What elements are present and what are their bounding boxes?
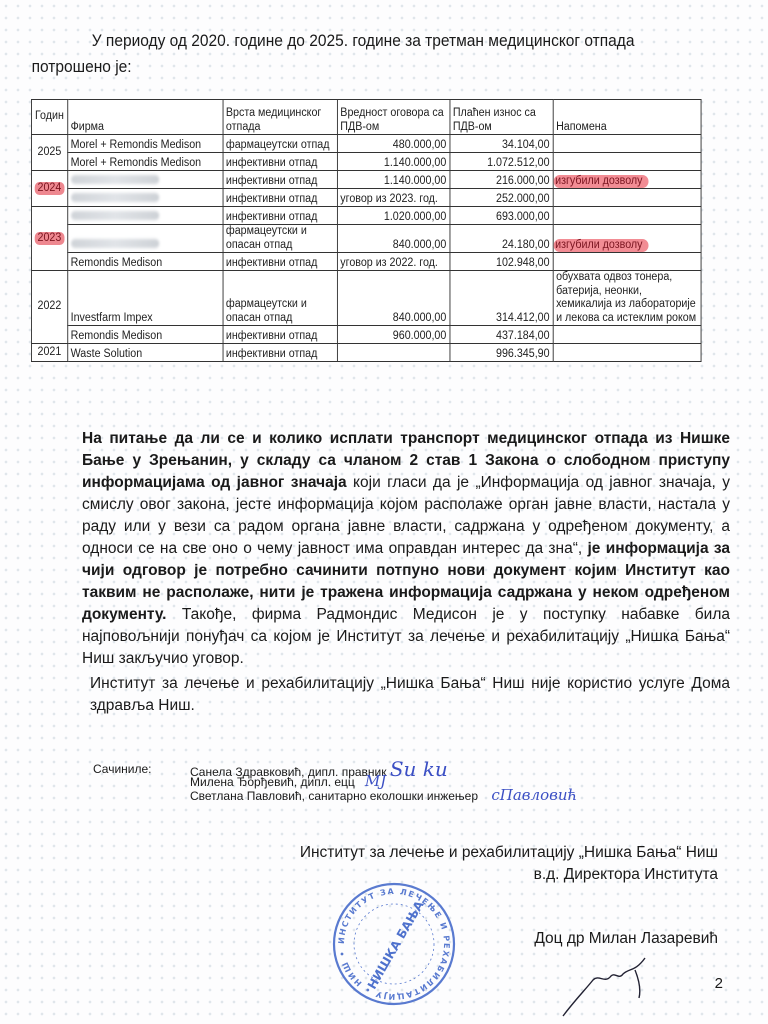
signatories-label: Сачиниле: bbox=[93, 762, 152, 777]
table-row: инфективни отпадуговор из 2023. год.252.… bbox=[31, 189, 700, 207]
cell-paid-amount: 216.000,00 bbox=[450, 171, 553, 189]
cell-waste-type: инфективни отпад bbox=[223, 253, 337, 271]
year-label: 2021 bbox=[38, 346, 62, 358]
cell-paid-amount: 24.180,00 bbox=[450, 225, 553, 253]
cell-note bbox=[553, 253, 701, 271]
cell-year: 2021 bbox=[31, 344, 67, 362]
header-note: Напомена bbox=[553, 100, 701, 135]
intro-line-1: У периоду од 2020. године до 2025. годин… bbox=[88, 28, 652, 54]
redacted-firm bbox=[71, 239, 159, 248]
table-row: 2024инфективни отпад1.140.000,00216.000,… bbox=[31, 171, 700, 189]
cell-note bbox=[553, 135, 701, 153]
cell-waste-type: фармацеутски отпад bbox=[223, 135, 337, 153]
table-header-row: Годин Фирма Врста медицинског отпада Вре… bbox=[31, 100, 700, 135]
table-row: 2023инфективни отпад1.020.000,00693.000,… bbox=[31, 207, 700, 225]
waste-spending-table: Годин Фирма Врста медицинског отпада Вре… bbox=[31, 99, 701, 362]
cell-contract-value: 480.000,00 bbox=[337, 135, 450, 153]
institute-name: Институт за лечење и рехабилитацију „Ниш… bbox=[300, 842, 718, 864]
table-row: 2022Investfarm Impexфармацеутски и опаса… bbox=[31, 271, 700, 326]
cell-waste-type: фармацеутски и опасан отпад bbox=[223, 271, 337, 326]
cell-paid-amount: 1.072.512,00 bbox=[450, 153, 553, 171]
table-row: Remondis Medisonинфективни отпадуговор и… bbox=[31, 253, 700, 271]
signatory-2-name: Милена Ђорђевић, дипл. ецц bbox=[190, 775, 355, 789]
header-paid: Плаћен износ са ПДВ-ом bbox=[450, 100, 553, 135]
cell-waste-type: фармацеутски и опасан отпад bbox=[223, 225, 337, 253]
table-row: 2025Morel + Remondis Medisonфармацеутски… bbox=[31, 135, 700, 153]
paragraph-answer: На питање да ли се и колико исплати тран… bbox=[82, 428, 730, 670]
cell-contract-value: уговор из 2022. год. bbox=[337, 253, 450, 271]
cell-year: 2024 bbox=[31, 171, 67, 207]
paragraph-health-center: Институт за лечење и рехабилитацију „Ниш… bbox=[90, 673, 730, 717]
director-name: Доц др Милан Лазаревић bbox=[534, 930, 718, 948]
cell-waste-type: инфективни отпад bbox=[223, 207, 337, 225]
health-center-text: Институт за лечење и рехабилитацију „Ниш… bbox=[90, 675, 730, 714]
body-text: На питање да ли се и колико исплати тран… bbox=[90, 428, 730, 717]
cell-firm bbox=[67, 207, 222, 225]
cell-note: изгубили дозволу bbox=[553, 225, 701, 253]
svg-text:НИШКА БАЊА: НИШКА БАЊА bbox=[365, 898, 427, 992]
cell-note: обухвата одвоз тонера, батерија, неонки,… bbox=[553, 271, 701, 326]
cell-year: 2025 bbox=[31, 135, 67, 171]
year-label: 2022 bbox=[38, 300, 62, 312]
cell-paid-amount: 996.345,90 bbox=[450, 344, 553, 362]
table-row: Remondis Medisonинфективни отпад960.000,… bbox=[31, 326, 700, 344]
signature-3: cПавловић bbox=[491, 786, 577, 804]
cell-waste-type: инфективни отпад bbox=[223, 326, 337, 344]
cell-waste-type: инфективни отпад bbox=[223, 189, 337, 207]
cell-waste-type: инфективни отпад bbox=[223, 171, 337, 189]
cell-paid-amount: 252.000,00 bbox=[450, 189, 553, 207]
cell-note bbox=[553, 344, 701, 362]
cell-contract-value: уговор из 2023. год. bbox=[337, 189, 450, 207]
cell-contract-value bbox=[337, 344, 450, 362]
document-page: У периоду од 2020. године до 2025. годин… bbox=[0, 0, 768, 1024]
cell-paid-amount: 437.184,00 bbox=[450, 326, 553, 344]
note-highlight: изгубили дозволу bbox=[553, 239, 648, 253]
intro-line-2: потрошено је: bbox=[32, 54, 652, 80]
redacted-firm bbox=[71, 211, 159, 220]
cell-firm: Remondis Medison bbox=[67, 326, 222, 344]
signature-1: Su ku bbox=[390, 757, 448, 781]
cell-firm bbox=[67, 171, 222, 189]
cell-paid-amount: 102.948,00 bbox=[450, 253, 553, 271]
table-row: фармацеутски и опасан отпад840.000,0024.… bbox=[31, 225, 700, 253]
redacted-firm bbox=[71, 175, 159, 184]
note-highlight: изгубили дозволу bbox=[553, 175, 648, 189]
cell-paid-amount: 34.104,00 bbox=[450, 135, 553, 153]
cell-contract-value: 960.000,00 bbox=[337, 326, 450, 344]
header-type: Врста медицинског отпада bbox=[223, 100, 337, 135]
official-stamp: ИНСТИТУТ ЗА ЛЕЧЕЊЕ И РЕХАБИЛИТАЦИЈУ • НИ… bbox=[330, 880, 458, 1008]
cell-paid-amount: 693.000,00 bbox=[450, 207, 553, 225]
intro-paragraph: У периоду од 2020. године до 2025. годин… bbox=[88, 28, 652, 80]
year-label: 2023 bbox=[35, 232, 64, 246]
signatories-list: Санела Здравковић, дипл. правник Su ku М… bbox=[190, 762, 577, 804]
cell-waste-type: инфективни отпад bbox=[223, 344, 337, 362]
year-label: 2024 bbox=[35, 182, 64, 196]
cell-contract-value: 840.000,00 bbox=[337, 271, 450, 326]
cell-note: изгубили дозволу bbox=[553, 171, 701, 189]
cell-firm bbox=[67, 225, 222, 253]
cell-contract-value: 840.000,00 bbox=[337, 225, 450, 253]
cell-firm: Morel + Remondis Medison bbox=[67, 135, 222, 153]
cell-note bbox=[553, 153, 701, 171]
cell-contract-value: 1.140.000,00 bbox=[337, 153, 450, 171]
answer-normal-b: Такође, фирма Радмондис Медисон је у пос… bbox=[82, 606, 730, 667]
cell-year: 2023 bbox=[31, 207, 67, 271]
header-year: Годин bbox=[31, 100, 67, 135]
cell-firm: Remondis Medison bbox=[67, 253, 222, 271]
year-label: 2025 bbox=[38, 146, 62, 158]
table-row: 2021Waste Solutionинфективни отпад996.34… bbox=[31, 344, 700, 362]
table-body: 2025Morel + Remondis Medisonфармацеутски… bbox=[31, 135, 700, 362]
cell-waste-type: инфективни отпад bbox=[223, 153, 337, 171]
header-value: Вредност оговора са ПДВ-ом bbox=[337, 100, 450, 135]
cell-firm: Waste Solution bbox=[67, 344, 222, 362]
cell-firm: Morel + Remondis Medison bbox=[67, 153, 222, 171]
page-number: 2 bbox=[715, 975, 723, 992]
cell-contract-value: 1.020.000,00 bbox=[337, 207, 450, 225]
cell-note bbox=[553, 189, 701, 207]
cell-paid-amount: 314.412,00 bbox=[450, 271, 553, 326]
cell-year: 2022 bbox=[31, 271, 67, 344]
table-row: Morel + Remondis Medisonинфективни отпад… bbox=[31, 153, 700, 171]
director-signature bbox=[555, 950, 665, 1024]
cell-note bbox=[553, 326, 701, 344]
cell-firm bbox=[67, 189, 222, 207]
header-firm: Фирма bbox=[67, 100, 222, 135]
redacted-firm bbox=[71, 193, 159, 202]
cell-note bbox=[553, 207, 701, 225]
signatory-3: Светлана Павловић, санитарно еколошки ин… bbox=[190, 788, 577, 804]
cell-firm: Investfarm Impex bbox=[67, 271, 222, 326]
cell-contract-value: 1.140.000,00 bbox=[337, 171, 450, 189]
signatory-3-name: Светлана Павловић, санитарно еколошки ин… bbox=[190, 789, 478, 803]
